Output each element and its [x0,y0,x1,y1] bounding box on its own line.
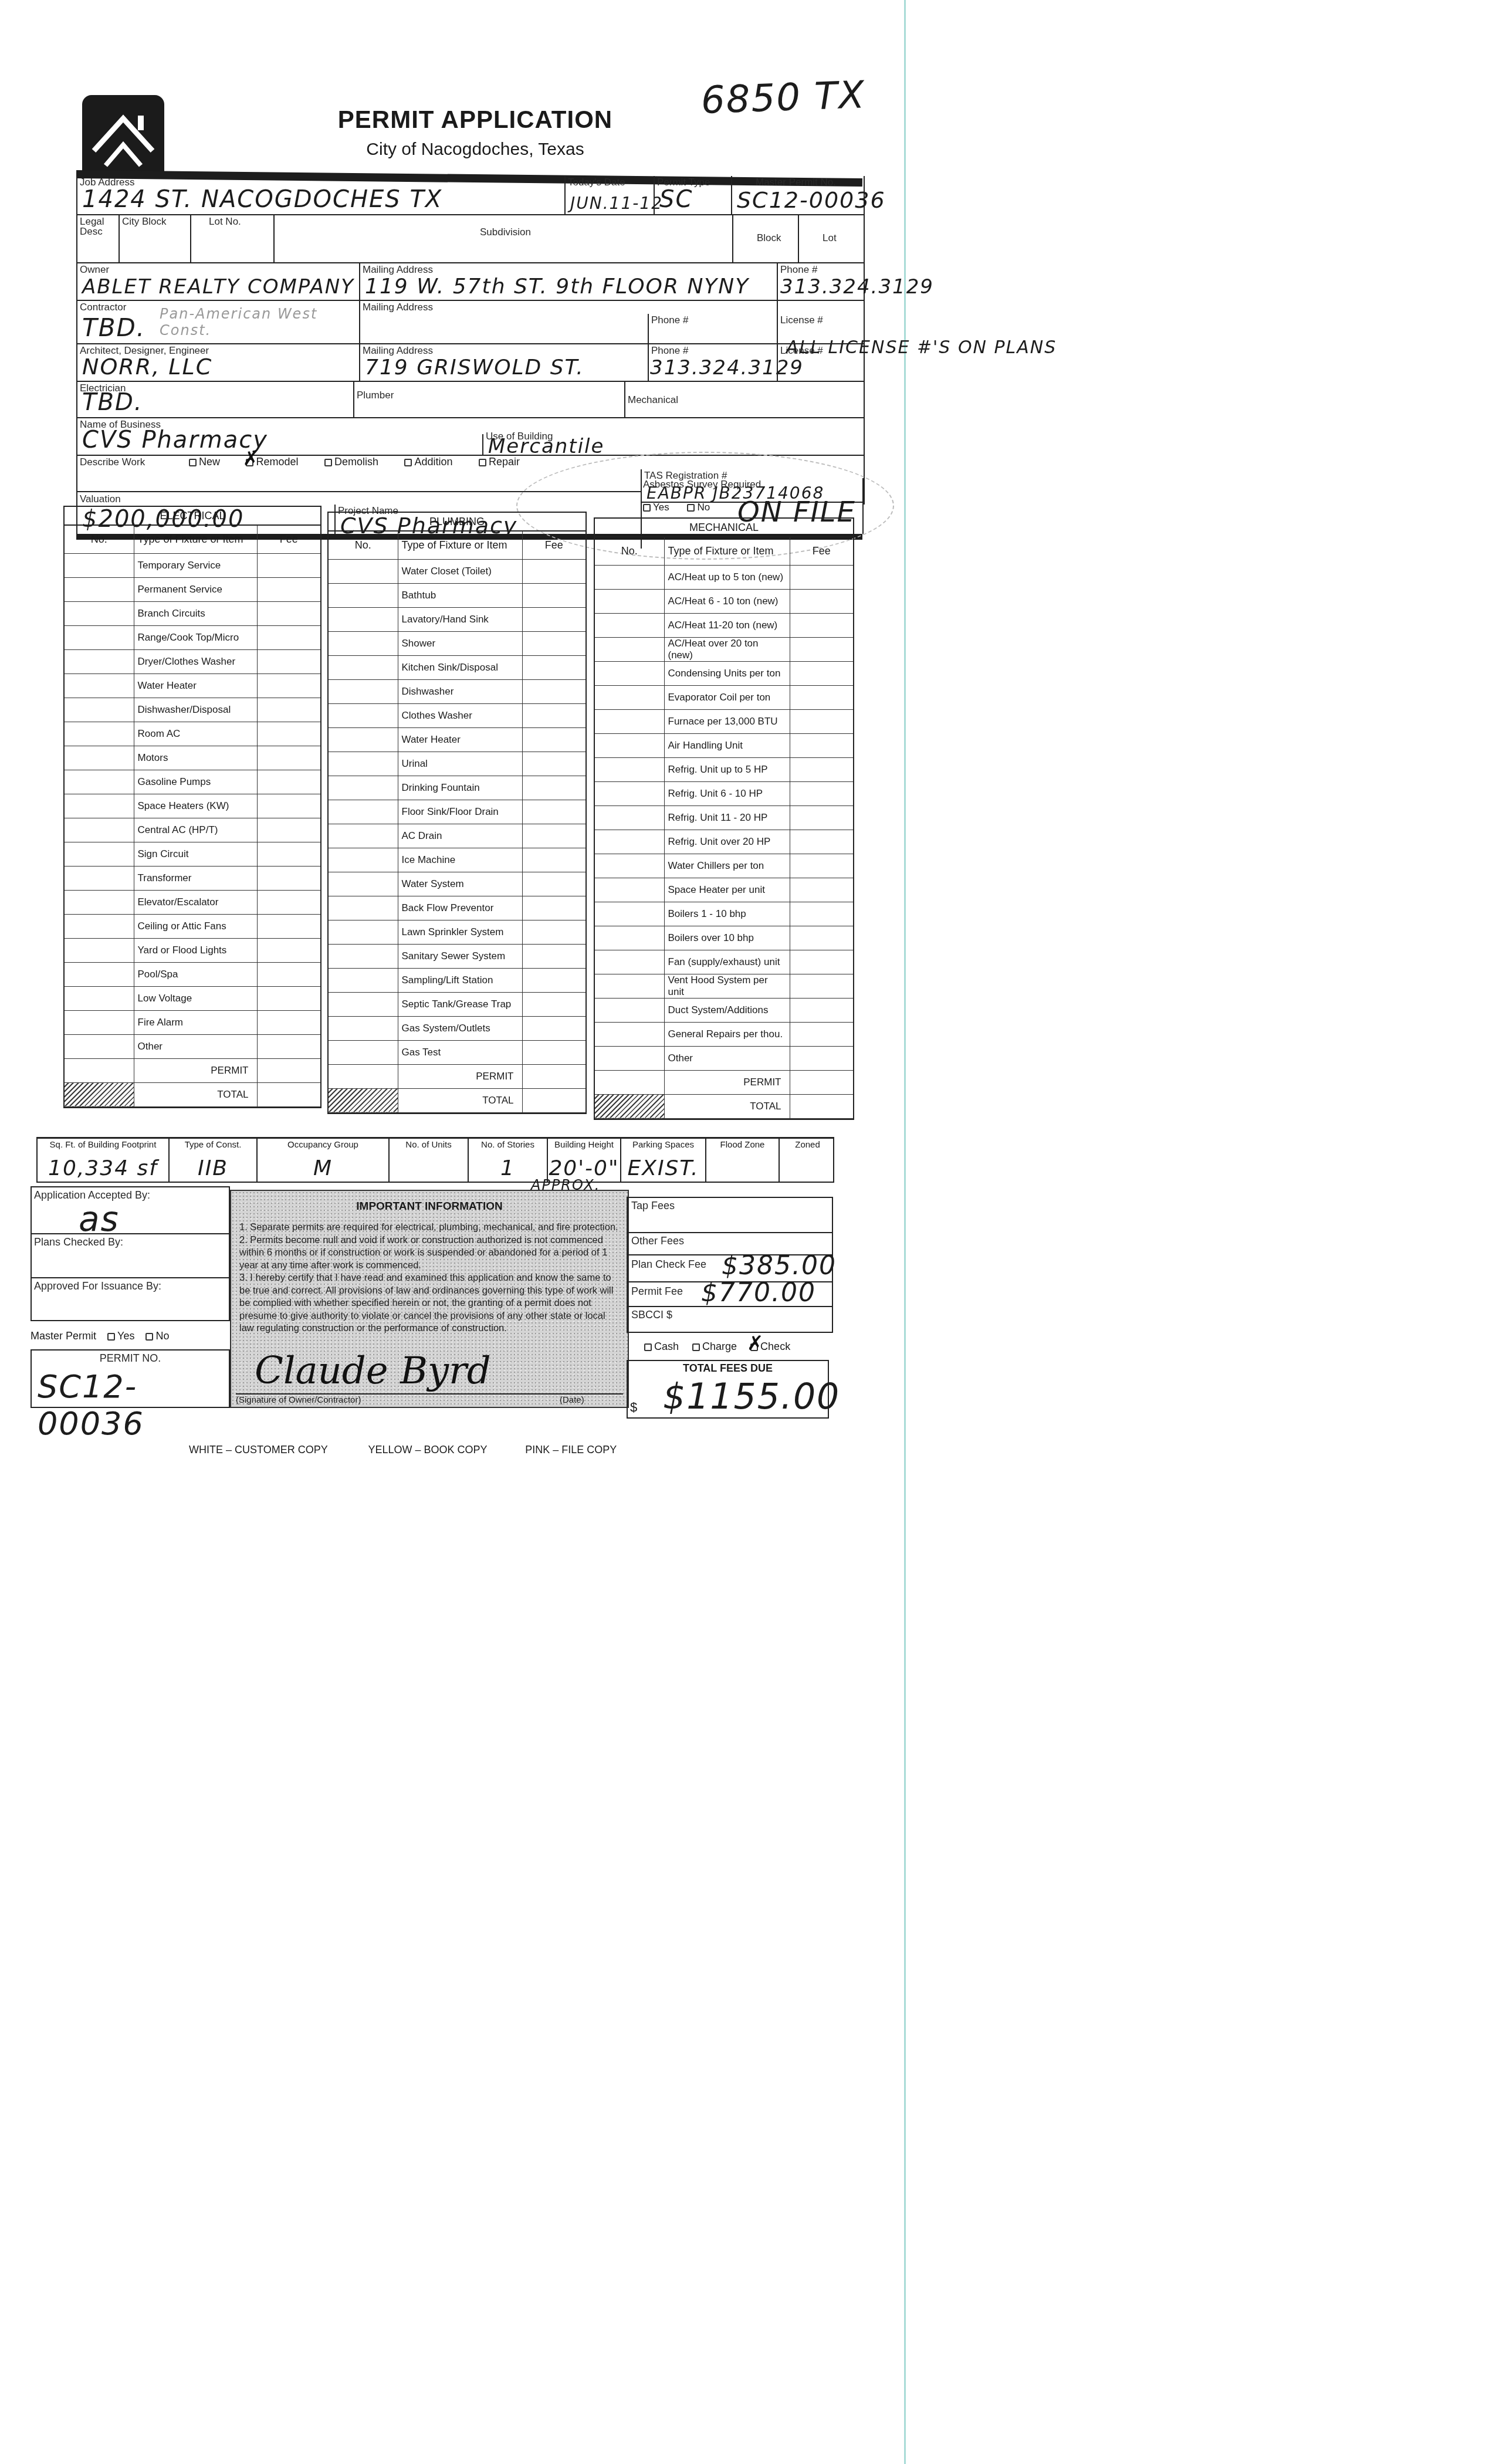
building-info-row: Sq. Ft. of Building Footprint10,334 sfTy… [36,1137,834,1183]
owner-phone-field[interactable]: Phone # 313.324.3129 [778,263,864,300]
qty-cell[interactable] [595,661,664,685]
use-of-building-field[interactable]: Use of Building Mercantile [483,430,864,455]
item-label: General Repairs per thou. [664,1022,790,1046]
qty-cell[interactable] [329,800,398,824]
total-row: TOTAL [65,1082,320,1106]
checkbox-master-no[interactable] [145,1333,153,1341]
copy-white: WHITE – CUSTOMER COPY [189,1444,327,1456]
qty-cell[interactable] [595,830,664,854]
fee-cell[interactable] [790,685,853,709]
electrician-field[interactable]: Electrician TBD. [77,382,353,417]
fee-cell[interactable] [257,577,320,601]
table-row: Evaporator Coil per ton [595,685,853,709]
table-row: Space Heater per unit [595,878,853,902]
qty-cell[interactable] [329,896,398,920]
fee-cell[interactable] [522,1040,585,1064]
table-row: Elevator/Escalator [65,890,320,914]
item-label: Permanent Service [134,577,257,601]
fee-cell[interactable] [257,890,320,914]
item-label: Dishwasher [398,679,522,703]
fee-cell[interactable] [257,553,320,577]
architect-mailing-field[interactable]: Mailing Address 719 GRISWOLD ST. [360,344,648,381]
item-label: Ice Machine [398,848,522,872]
approved-by-field[interactable]: Approved For Issuance By: [31,1277,230,1321]
qty-cell[interactable] [329,752,398,776]
item-label: AC/Heat up to 5 ton (new) [664,565,790,589]
scan-artifact-line [904,0,906,2464]
table-row: Refrig. Unit 11 - 20 HP [595,805,853,830]
qty-cell[interactable] [329,1016,398,1040]
item-label: Yard or Flood Lights [134,938,257,962]
qty-cell[interactable] [65,842,134,866]
qty-cell[interactable] [595,1022,664,1046]
item-label: Urinal [398,752,522,776]
payment-check[interactable]: Check [750,1341,790,1352]
fee-cell[interactable] [257,842,320,866]
fee-cell[interactable] [790,637,853,661]
item-label: Space Heater per unit [664,878,790,902]
qty-cell[interactable] [65,986,134,1010]
permit-fee-cell[interactable] [522,1064,585,1088]
fee-cell[interactable] [522,607,585,631]
fee-cell[interactable] [257,601,320,625]
item-label: Dryer/Clothes Washer [134,649,257,673]
payment-charge[interactable]: Charge [692,1341,737,1352]
fee-cell[interactable] [522,776,585,800]
fee-cell[interactable] [522,872,585,896]
lot-no-field[interactable]: Lot No. [191,215,273,262]
table-row: Fire Alarm [65,1010,320,1034]
table-row: Other [65,1034,320,1058]
permit-label: PERMIT [134,1058,257,1082]
checkbox-check[interactable] [750,1343,758,1351]
building-field[interactable]: Occupancy GroupM [258,1139,390,1182]
plans-checked-field[interactable]: Plans Checked By: [31,1233,230,1277]
fee-cell[interactable] [790,1022,853,1046]
qty-cell[interactable] [329,872,398,896]
work-option-new[interactable]: New [189,456,220,468]
building-field[interactable]: Parking SpacesEXIST. [621,1139,706,1182]
fee-cell[interactable] [522,896,585,920]
qty-cell[interactable] [65,698,134,722]
building-field-value: M [258,1156,388,1180]
item-label: Ceiling or Attic Fans [134,914,257,938]
qty-cell[interactable] [65,649,134,673]
item-label: Room AC [134,722,257,746]
fee-cell[interactable] [790,709,853,733]
info-item-1: 1. Separate permits are required for ele… [239,1221,620,1234]
fee-cell[interactable] [790,565,853,589]
fee-cell[interactable] [257,914,320,938]
qty-cell[interactable] [65,1010,134,1034]
table-row: Lawn Sprinkler System [329,920,585,944]
checkbox-remodel[interactable] [246,459,253,466]
qty-cell[interactable] [65,625,134,649]
table-row: Water Heater [329,727,585,752]
item-label: Floor Sink/Floor Drain [398,800,522,824]
fee-cell[interactable] [257,770,320,794]
table-row: Water Closet (Toilet) [329,559,585,583]
permit-row: PERMIT [65,1058,320,1082]
license-note: ALL LICENSE #'S ON PLANS [786,337,1057,358]
qty-cell[interactable] [595,878,664,902]
table-row: Condensing Units per ton [595,661,853,685]
fee-cell[interactable] [790,926,853,950]
fee-cell[interactable] [522,655,585,679]
qty-cell[interactable] [65,577,134,601]
mechanical-field[interactable]: Mechanical [625,382,864,417]
table-row: Other [595,1046,853,1070]
qty-cell[interactable] [65,938,134,962]
qty-cell[interactable] [65,866,134,890]
qty-cell[interactable] [595,950,664,974]
fee-cell[interactable] [522,679,585,703]
qty-cell[interactable] [595,757,664,781]
fee-cell[interactable] [257,818,320,842]
master-permit-no[interactable]: No [145,1330,169,1342]
qty-cell[interactable] [595,854,664,878]
master-permit-field[interactable]: Master Permit No. SC12-00036 [732,176,864,214]
fee-cell[interactable] [257,794,320,818]
building-field[interactable]: Building Height20'-0" [548,1139,621,1182]
architect-phone-field[interactable]: Phone # 313.324.3129 [649,344,777,381]
table-row: Dishwasher/Disposal [65,698,320,722]
qty-cell[interactable] [329,776,398,800]
table-row: AC Drain [329,824,585,848]
fee-cell[interactable] [522,752,585,776]
qty-cell[interactable] [329,703,398,727]
legal-desc-field[interactable]: Legal Desc [77,215,119,262]
fee-cell[interactable] [790,589,853,613]
permit-type-field[interactable]: Permit Type SC [655,176,731,214]
fee-cell[interactable] [522,631,585,655]
qty-cell[interactable] [329,992,398,1016]
qty-cell[interactable] [595,781,664,805]
building-field[interactable]: No. of Stories1 [469,1139,548,1182]
total-fees-due-field[interactable]: TOTAL FEES DUE $ $1155.00 [627,1360,829,1419]
fee-cell[interactable] [257,1010,320,1034]
item-label: Boilers over 10 bhp [664,926,790,950]
table-row: Gas System/Outlets [329,1016,585,1040]
fee-cell[interactable] [790,950,853,974]
fee-cell[interactable] [522,559,585,583]
checkbox-addition[interactable] [404,459,412,466]
qty-cell[interactable] [329,607,398,631]
building-field-label: No. of Units [390,1139,468,1150]
item-label: Bathtub [398,583,522,607]
item-label: Furnace per 13,000 BTU [664,709,790,733]
building-field[interactable]: No. of Units [390,1139,469,1182]
table-row: Air Handling Unit [595,733,853,757]
fee-cell[interactable] [522,727,585,752]
building-field-label: Building Height [548,1139,620,1150]
item-label: Water Chillers per ton [664,854,790,878]
item-label: AC Drain [398,824,522,848]
qty-cell[interactable] [65,794,134,818]
fee-cell[interactable] [257,986,320,1010]
total-fee-cell[interactable] [790,1094,853,1118]
table-row: Vent Hood System per unit [595,974,853,998]
qty-cell[interactable] [329,848,398,872]
item-label: Temporary Service [134,553,257,577]
fee-cell[interactable] [522,944,585,968]
total-fee-cell[interactable] [522,1088,585,1112]
table-row: Pool/Spa [65,962,320,986]
qty-cell[interactable] [595,998,664,1022]
table-row: Dryer/Clothes Washer [65,649,320,673]
permit-fee-field[interactable]: Permit Fee $770.00 [627,1281,833,1306]
fee-cell[interactable] [790,854,853,878]
table-row: Permanent Service [65,577,320,601]
building-field[interactable]: Sq. Ft. of Building Footprint10,334 sf [38,1139,170,1182]
table-row: Clothes Washer [329,703,585,727]
subdivision-field[interactable]: Subdivision [275,215,732,262]
accepted-by-field[interactable]: Application Accepted By: as [31,1186,230,1233]
hatched-cell [65,1082,134,1106]
fee-cell[interactable] [257,746,320,770]
work-option-remodel[interactable]: Remodel [246,456,298,468]
owner-field[interactable]: Owner ABLET REALTY COMPANY [77,263,359,300]
item-label: Pool/Spa [134,962,257,986]
info-item-2: 2. Permits become null and void if work … [239,1234,620,1272]
qty-cell[interactable] [329,679,398,703]
building-field-value: EXIST. [621,1156,705,1180]
item-label: Space Heaters (KW) [134,794,257,818]
table-row: Sampling/Lift Station [329,968,585,992]
fee-cell[interactable] [257,1034,320,1058]
checkbox-repair[interactable] [479,459,486,466]
item-label: Refrig. Unit up to 5 HP [664,757,790,781]
item-label: Low Voltage [134,986,257,1010]
item-label: Refrig. Unit 6 - 10 HP [664,781,790,805]
table-row: Shower [329,631,585,655]
item-label: AC/Heat 6 - 10 ton (new) [664,589,790,613]
fee-cell[interactable] [257,938,320,962]
building-field[interactable]: Zoned [780,1139,835,1182]
qty-cell[interactable] [595,685,664,709]
lot-field[interactable]: Lot [799,215,864,262]
contractor-field[interactable]: Contractor TBD. Pan-American West Const. [77,301,359,343]
fee-cell[interactable] [257,649,320,673]
item-label: Sign Circuit [134,842,257,866]
fee-cell[interactable] [522,992,585,1016]
qty-cell[interactable] [65,722,134,746]
qty-cell[interactable] [65,818,134,842]
fee-cell[interactable] [790,781,853,805]
fee-cell[interactable] [257,673,320,698]
qty-cell[interactable] [329,583,398,607]
item-label: Clothes Washer [398,703,522,727]
qty-cell[interactable] [65,1034,134,1058]
item-label: Water System [398,872,522,896]
qty-cell[interactable] [595,733,664,757]
item-label: Gas Test [398,1040,522,1064]
item-label: Transformer [134,866,257,890]
table-row: Central AC (HP/T) [65,818,320,842]
qty-cell[interactable] [595,902,664,926]
item-label: Condensing Units per ton [664,661,790,685]
qty-cell[interactable] [65,770,134,794]
qty-cell[interactable] [595,926,664,950]
todays-date-field[interactable]: Today's Date JUN.11-12 [566,176,654,214]
permit-no-field[interactable]: PERMIT NO. SC12-00036 [31,1349,230,1408]
fee-cell[interactable] [522,583,585,607]
qty-cell[interactable] [65,746,134,770]
checkbox-new[interactable] [189,459,197,466]
fee-cell[interactable] [257,866,320,890]
total-fee-cell[interactable] [257,1082,320,1106]
contractor-phone-field[interactable]: Phone # [649,314,777,343]
table-row: Gasoline Pumps [65,770,320,794]
qty-cell[interactable] [65,914,134,938]
permit-fee-cell[interactable] [790,1070,853,1094]
fee-cell[interactable] [790,613,853,637]
fee-cell[interactable] [522,800,585,824]
block-field[interactable]: Block [733,215,798,262]
checkbox-demolish[interactable] [324,459,332,466]
work-option-demolish[interactable]: Demolish [324,456,378,468]
work-option-repair[interactable]: Repair [479,456,520,468]
building-field[interactable]: Type of Const.IIB [170,1139,258,1182]
permit-row: PERMIT [595,1070,853,1094]
fee-cell[interactable] [257,722,320,746]
qty-cell[interactable] [65,673,134,698]
fee-cell[interactable] [790,830,853,854]
qty-cell[interactable] [329,824,398,848]
item-label: Back Flow Preventor [398,896,522,920]
building-field-label: No. of Stories [469,1139,547,1150]
building-field-label: Occupancy Group [258,1139,388,1150]
table-row: Range/Cook Top/Micro [65,625,320,649]
table-row: Yard or Flood Lights [65,938,320,962]
fee-cell[interactable] [257,698,320,722]
qty-cell[interactable] [329,920,398,944]
item-label: AC/Heat 11-20 ton (new) [664,613,790,637]
fee-cell[interactable] [790,661,853,685]
qty-cell[interactable] [595,805,664,830]
fee-cell[interactable] [790,878,853,902]
qty-cell[interactable] [65,890,134,914]
qty-cell[interactable] [329,559,398,583]
item-label: Sanitary Sewer System [398,944,522,968]
sbcci-field[interactable]: SBCCI $ [627,1306,833,1333]
city-block-field[interactable]: City Block [120,215,190,262]
fee-cell[interactable] [790,757,853,781]
qty-cell[interactable] [329,944,398,968]
job-address-field[interactable]: Job Address 1424 ST. NACOGDOCHES TX [77,176,564,214]
qty-cell[interactable] [595,637,664,661]
qty-cell[interactable] [65,553,134,577]
table-row: Refrig. Unit up to 5 HP [595,757,853,781]
table-row: Furnace per 13,000 BTU [595,709,853,733]
fee-cell[interactable] [790,805,853,830]
qty-cell[interactable] [329,631,398,655]
table-row: Boilers over 10 bhp [595,926,853,950]
checkbox-cash[interactable] [644,1343,652,1351]
fee-cell[interactable] [522,824,585,848]
fee-cell[interactable] [790,902,853,926]
checkbox-master-yes[interactable] [107,1333,115,1341]
owner-signature[interactable]: Claude Byrd [255,1349,491,1393]
item-label: Branch Circuits [134,601,257,625]
checkbox-charge[interactable] [692,1343,700,1351]
office-use-section: Application Accepted By: as Plans Checke… [31,1186,230,1409]
qty-cell[interactable] [329,655,398,679]
qty-cell[interactable] [595,709,664,733]
architect-field[interactable]: Architect, Designer, Engineer NORR, LLC [77,344,359,381]
fee-cell[interactable] [257,962,320,986]
item-label: Dishwasher/Disposal [134,698,257,722]
qty-cell[interactable] [595,1046,664,1070]
qty-cell[interactable] [595,589,664,613]
work-option-addition[interactable]: Addition [404,456,452,468]
signature-label: (Signature of Owner/Contractor) [236,1395,361,1405]
item-label: Lavatory/Hand Sink [398,607,522,631]
qty-cell[interactable] [329,727,398,752]
qty-cell[interactable] [595,974,664,998]
fee-cell[interactable] [790,733,853,757]
fee-cell[interactable] [790,1046,853,1070]
qty-cell[interactable] [65,601,134,625]
mechanical-table: MECHANICAL No.Type of Fixture or ItemFee… [594,517,854,1120]
copy-distribution: WHITE – CUSTOMER COPY YELLOW – BOOK COPY… [189,1444,617,1456]
table-row: AC/Heat 11-20 ton (new) [595,613,853,637]
item-label: Duct System/Additions [664,998,790,1022]
building-field-label: Type of Const. [170,1139,256,1150]
fee-cell[interactable] [522,920,585,944]
fee-cell[interactable] [257,625,320,649]
fee-cell[interactable] [790,998,853,1022]
table-row: Motors [65,746,320,770]
building-field-value: 10,334 sf [38,1156,168,1180]
item-label: Other [664,1046,790,1070]
owner-mailing-field[interactable]: Mailing Address 119 W. 57th ST. 9th FLOO… [360,263,777,300]
fee-cell[interactable] [790,974,853,998]
fee-cell[interactable] [522,703,585,727]
fee-cell[interactable] [522,848,585,872]
permit-label: PERMIT [664,1070,790,1094]
table-row: Space Heaters (KW) [65,794,320,818]
important-info-title: IMPORTANT INFORMATION [231,1200,628,1213]
business-name-field[interactable]: Name of Business CVS Pharmacy [77,418,482,455]
master-permit-yes[interactable]: Yes [107,1330,134,1342]
contractor-mailing-field[interactable]: Mailing Address [360,301,648,343]
table-row: AC/Heat up to 5 ton (new) [595,565,853,589]
fee-cell[interactable] [522,968,585,992]
item-label: Air Handling Unit [664,733,790,757]
permit-fee-cell[interactable] [257,1058,320,1082]
table-row: Low Voltage [65,986,320,1010]
qty-cell[interactable] [65,962,134,986]
copy-pink: PINK – FILE COPY [525,1444,617,1456]
qty-cell[interactable] [329,1040,398,1064]
item-label: Fire Alarm [134,1010,257,1034]
qty-cell[interactable] [329,968,398,992]
table-row: General Repairs per thou. [595,1022,853,1046]
table-row: Branch Circuits [65,601,320,625]
plumber-field[interactable]: Plumber [354,382,624,417]
item-label: AC/Heat over 20 ton (new) [664,637,790,661]
building-field[interactable]: Flood Zone [706,1139,780,1182]
qty-cell[interactable] [595,613,664,637]
fee-cell[interactable] [522,1016,585,1040]
payment-cash[interactable]: Cash [644,1341,679,1352]
tap-fees-field[interactable]: Tap Fees [627,1197,833,1232]
item-label: Other [134,1034,257,1058]
table-row: Sanitary Sewer System [329,944,585,968]
qty-cell[interactable] [595,565,664,589]
hatched-cell [329,1088,398,1112]
